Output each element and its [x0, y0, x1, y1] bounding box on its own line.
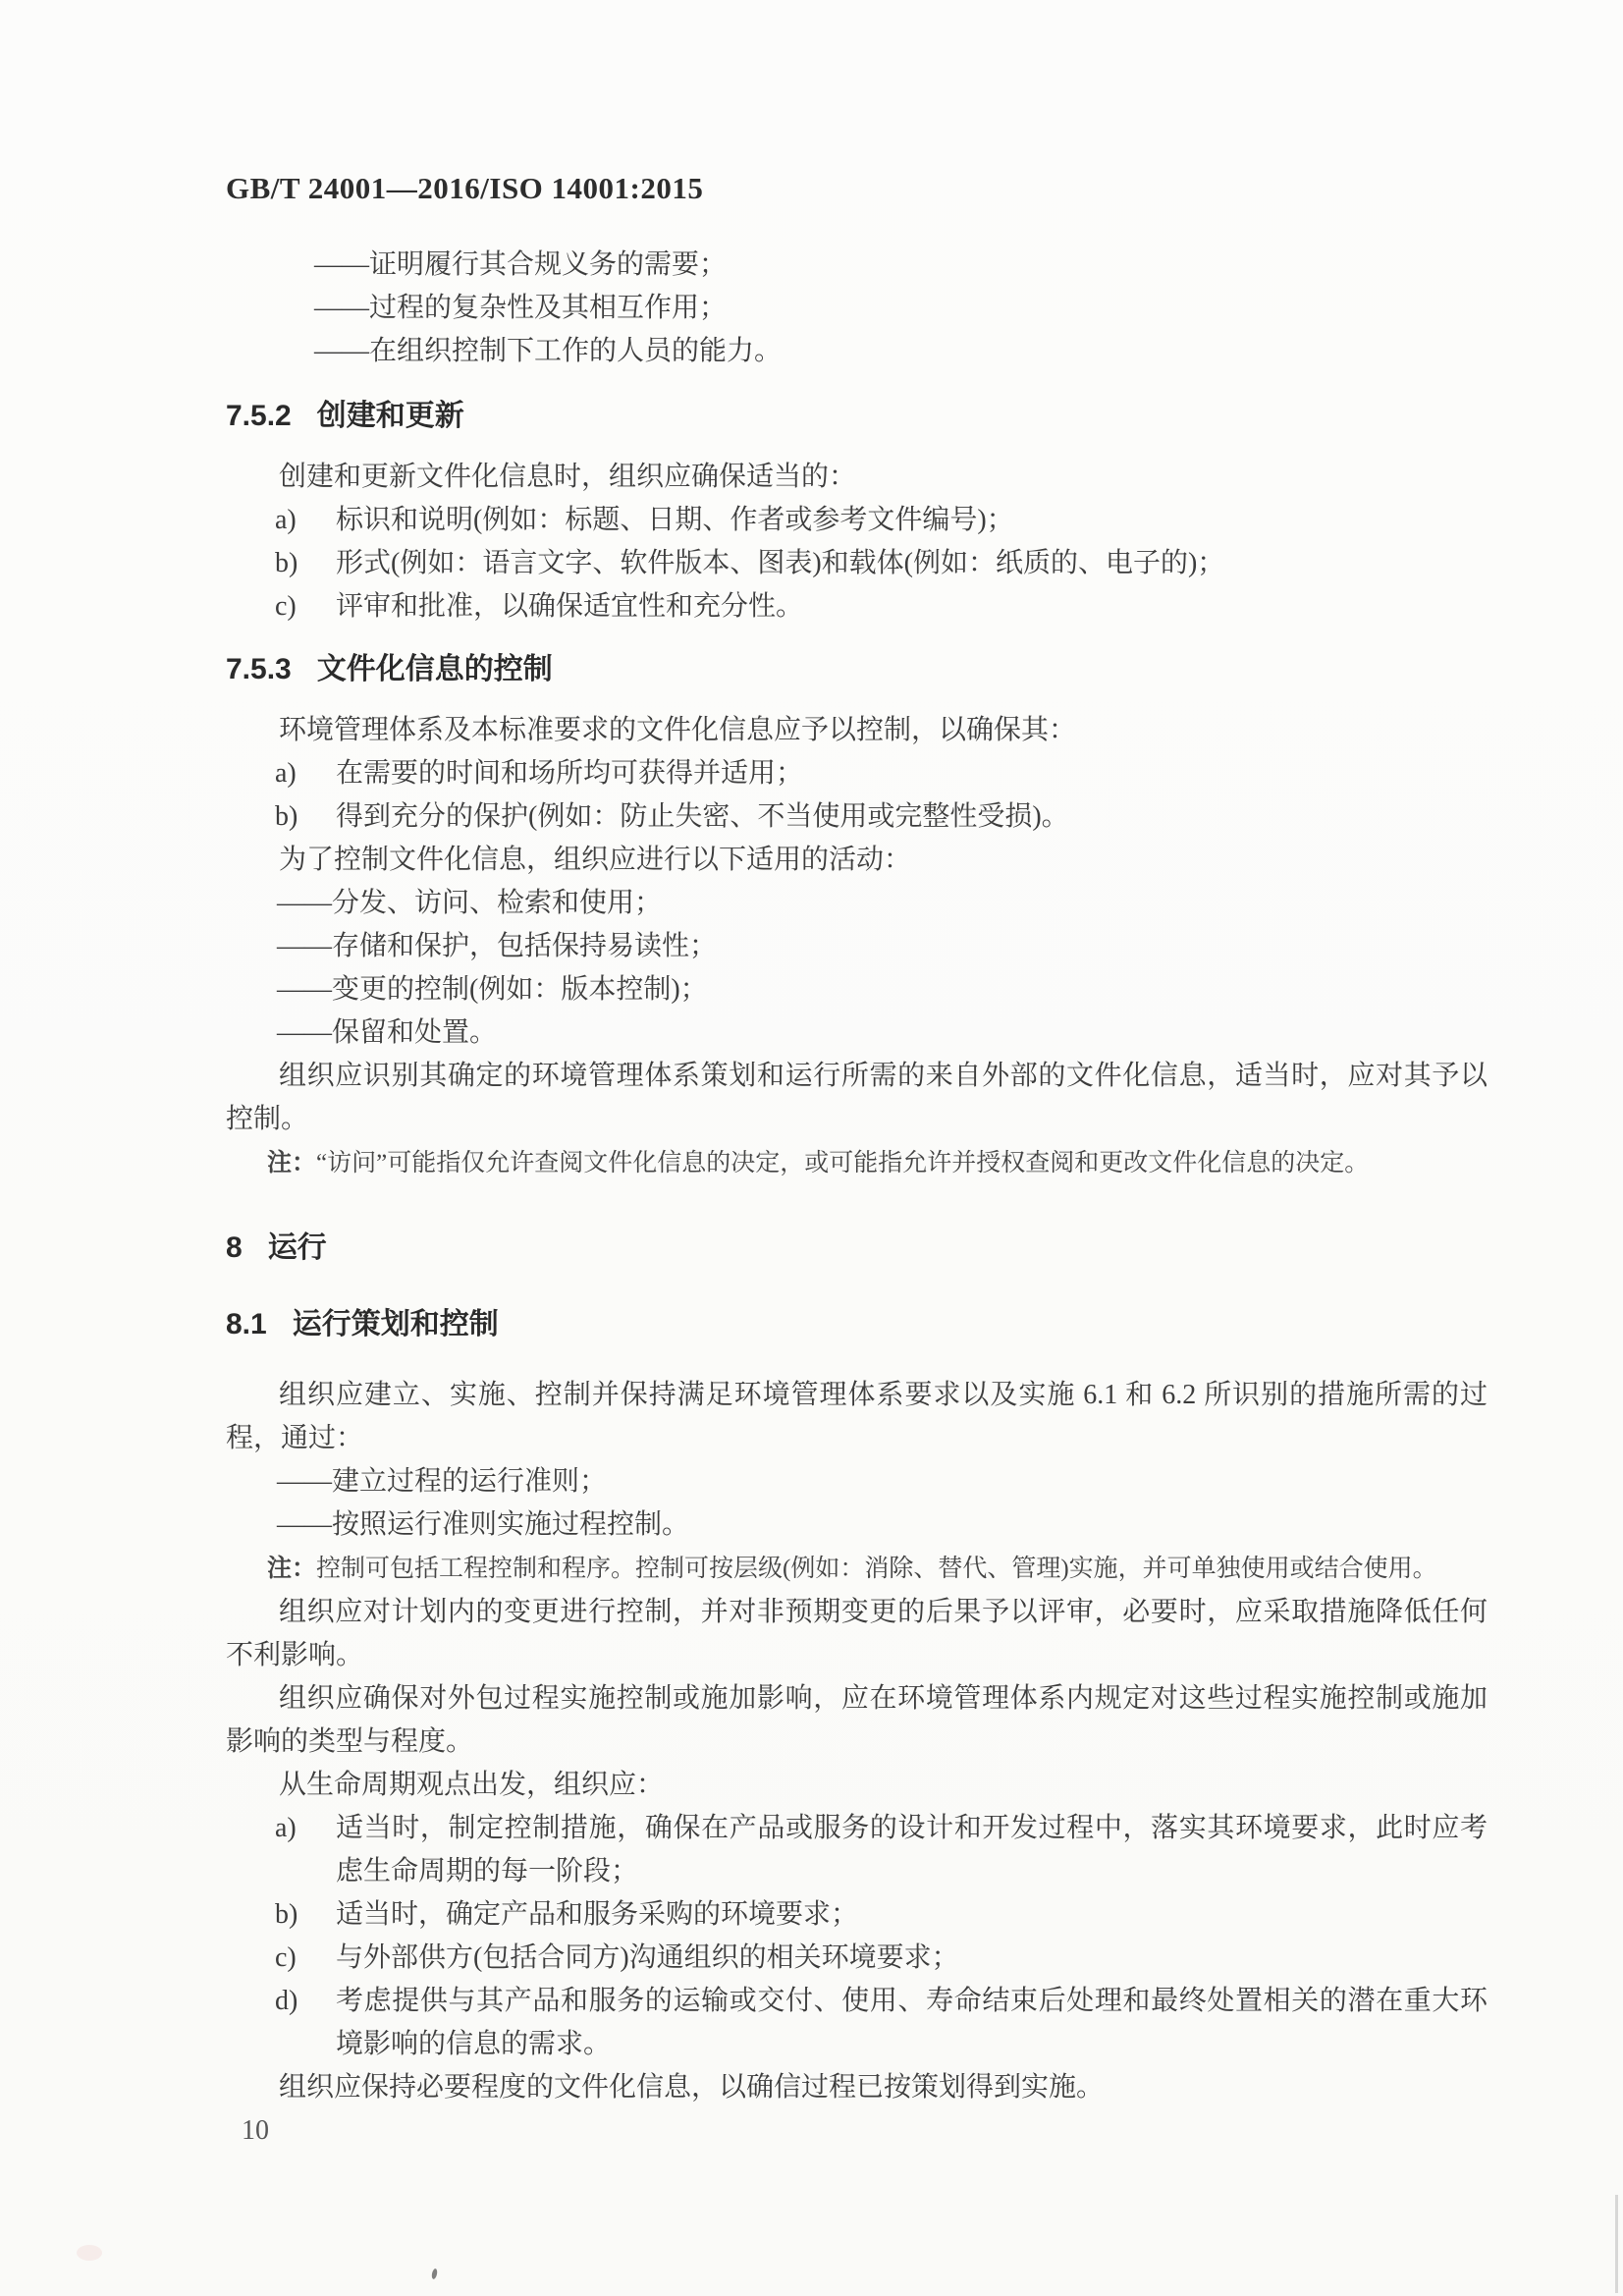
- list-item-text: 在需要的时间和场所均可获得并适用；: [336, 758, 803, 789]
- section-heading-8: 8运行: [226, 1227, 1488, 1270]
- note: 注：“访问”可能指仅允许查阅文件化信息的决定，或可能指允许并授权查阅和更改文件化…: [226, 1141, 1488, 1185]
- paragraph: 组织应识别其确定的环境管理体系策划和运行所需的来自外部的文件化信息，适当时，应对…: [226, 1055, 1488, 1141]
- note: 注：控制可包括工程控制和程序。控制可按层级(例如：消除、替代、管理)实施，并可单…: [226, 1547, 1488, 1591]
- dash-item: ——按照运行准则实施过程控制。: [226, 1503, 1488, 1547]
- list-item: d)考虑提供与其产品和服务的运输或交付、使用、寿命结束后处理和最终处置相关的潜在…: [226, 1980, 1488, 2066]
- list-item-label: b): [275, 542, 298, 585]
- list-item-label: b): [275, 1893, 298, 1937]
- dash-item: ——证明履行其合规义务的需要；: [226, 244, 1488, 287]
- note-text: “访问”可能指仅允许查阅文件化信息的决定，或可能指允许并授权查阅和更改文件化信息…: [316, 1150, 1369, 1176]
- scan-edge-artifact: [1615, 2195, 1618, 2293]
- list-item-label: a): [275, 1807, 297, 1850]
- list-item-label: c): [275, 1937, 297, 1980]
- intro-dash-list: ——证明履行其合规义务的需要； ——过程的复杂性及其相互作用； ——在组织控制下…: [226, 244, 1488, 373]
- section-title: 运行: [268, 1231, 327, 1264]
- section-title: 运行策划和控制: [293, 1308, 499, 1340]
- standard-code-header: GB/T 24001—2016/ISO 14001:2015: [226, 167, 1488, 210]
- list-item-text: 形式(例如：语言文字、软件版本、图表)和载体(例如：纸质的、电子的)；: [336, 548, 1224, 578]
- dash-item: ——分发、访问、检索和使用；: [226, 882, 1488, 925]
- section-number: 7.5.2: [226, 400, 292, 432]
- paragraph: 组织应建立、实施、控制并保持满足环境管理体系要求以及实施 6.1 和 6.2 所…: [226, 1374, 1488, 1460]
- list-item-text: 得到充分的保护(例如：防止失密、不当使用或完整性受损)。: [336, 801, 1069, 832]
- dash-item: ——过程的复杂性及其相互作用；: [226, 287, 1488, 330]
- paragraph: 组织应保持必要程度的文件化信息，以确信过程已按策划得到实施。: [226, 2066, 1488, 2109]
- section-heading-8-1: 8.1运行策划和控制: [226, 1303, 1488, 1346]
- section-title: 文件化信息的控制: [317, 653, 553, 685]
- list-item: c)评审和批准，以确保适宜性和充分性。: [226, 585, 1488, 629]
- section-title: 创建和更新: [317, 400, 464, 432]
- list-item: c)与外部供方(包括合同方)沟通组织的相关环境要求；: [226, 1937, 1488, 1980]
- list-item-text: 适当时，确定产品和服务采购的环境要求；: [336, 1899, 858, 1930]
- dash-item: ——变更的控制(例如：版本控制)；: [226, 968, 1488, 1011]
- section-heading-7-5-3: 7.5.3文件化信息的控制: [226, 648, 1488, 691]
- dash-item: ——保留和处置。: [226, 1011, 1488, 1055]
- list-item-label: a): [275, 499, 297, 542]
- list-item-text: 适当时，制定控制措施，确保在产品或服务的设计和开发过程中，落实其环境要求，此时应…: [336, 1813, 1488, 1886]
- paragraph: 创建和更新文件化信息时，组织应确保适当的：: [226, 456, 1488, 499]
- list-item-text: 考虑提供与其产品和服务的运输或交付、使用、寿命结束后处理和最终处置相关的潜在重大…: [336, 1986, 1488, 2059]
- section-heading-7-5-2: 7.5.2创建和更新: [226, 395, 1488, 438]
- scan-smudge-artifact: [77, 2245, 102, 2261]
- section-number: 8: [226, 1231, 243, 1264]
- page-number: 10: [226, 2109, 1488, 2153]
- list-item-label: d): [275, 1980, 298, 2023]
- dash-item: ——存储和保护，包括保持易读性；: [226, 925, 1488, 968]
- list-item-label: c): [275, 585, 297, 629]
- list-item: b)形式(例如：语言文字、软件版本、图表)和载体(例如：纸质的、电子的)；: [226, 542, 1488, 585]
- document-page: GB/T 24001—2016/ISO 14001:2015 ——证明履行其合规…: [0, 0, 1623, 2296]
- list-item-text: 标识和说明(例如：标题、日期、作者或参考文件编号)；: [336, 505, 1014, 535]
- dash-item: ——在组织控制下工作的人员的能力。: [226, 330, 1488, 373]
- paragraph: 组织应确保对外包过程实施控制或施加影响，应在环境管理体系内规定对这些过程实施控制…: [226, 1677, 1488, 1764]
- paragraph: 从生命周期观点出发，组织应：: [226, 1764, 1488, 1807]
- scan-speck-artifact: [431, 2269, 438, 2280]
- list-item-label: a): [275, 752, 297, 795]
- dash-item: ——建立过程的运行准则；: [226, 1460, 1488, 1503]
- list-item-text: 与外部供方(包括合同方)沟通组织的相关环境要求；: [336, 1942, 959, 1973]
- list-item: a)标识和说明(例如：标题、日期、作者或参考文件编号)；: [226, 499, 1488, 542]
- list-item: b)适当时，确定产品和服务采购的环境要求；: [226, 1893, 1488, 1937]
- list-item-label: b): [275, 795, 298, 839]
- section-number: 8.1: [226, 1308, 267, 1340]
- note-label: 注：: [267, 1149, 316, 1176]
- paragraph: 组织应对计划内的变更进行控制，并对非预期变更的后果予以评审，必要时，应采取措施降…: [226, 1591, 1488, 1677]
- paragraph: 为了控制文件化信息，组织应进行以下适用的活动：: [226, 839, 1488, 882]
- note-label: 注：: [267, 1555, 316, 1582]
- list-item: a)适当时，制定控制措施，确保在产品或服务的设计和开发过程中，落实其环境要求，此…: [226, 1807, 1488, 1893]
- list-item-text: 评审和批准，以确保适宜性和充分性。: [336, 591, 803, 622]
- page-content: GB/T 24001—2016/ISO 14001:2015 ——证明履行其合规…: [226, 167, 1488, 2153]
- paragraph: 环境管理体系及本标准要求的文件化信息应予以控制，以确保其：: [226, 709, 1488, 752]
- section-number: 7.5.3: [226, 653, 292, 685]
- note-text: 控制可包括工程控制和程序。控制可按层级(例如：消除、替代、管理)实施，并可单独使…: [316, 1556, 1437, 1582]
- list-item: a)在需要的时间和场所均可获得并适用；: [226, 752, 1488, 795]
- list-item: b)得到充分的保护(例如：防止失密、不当使用或完整性受损)。: [226, 795, 1488, 839]
